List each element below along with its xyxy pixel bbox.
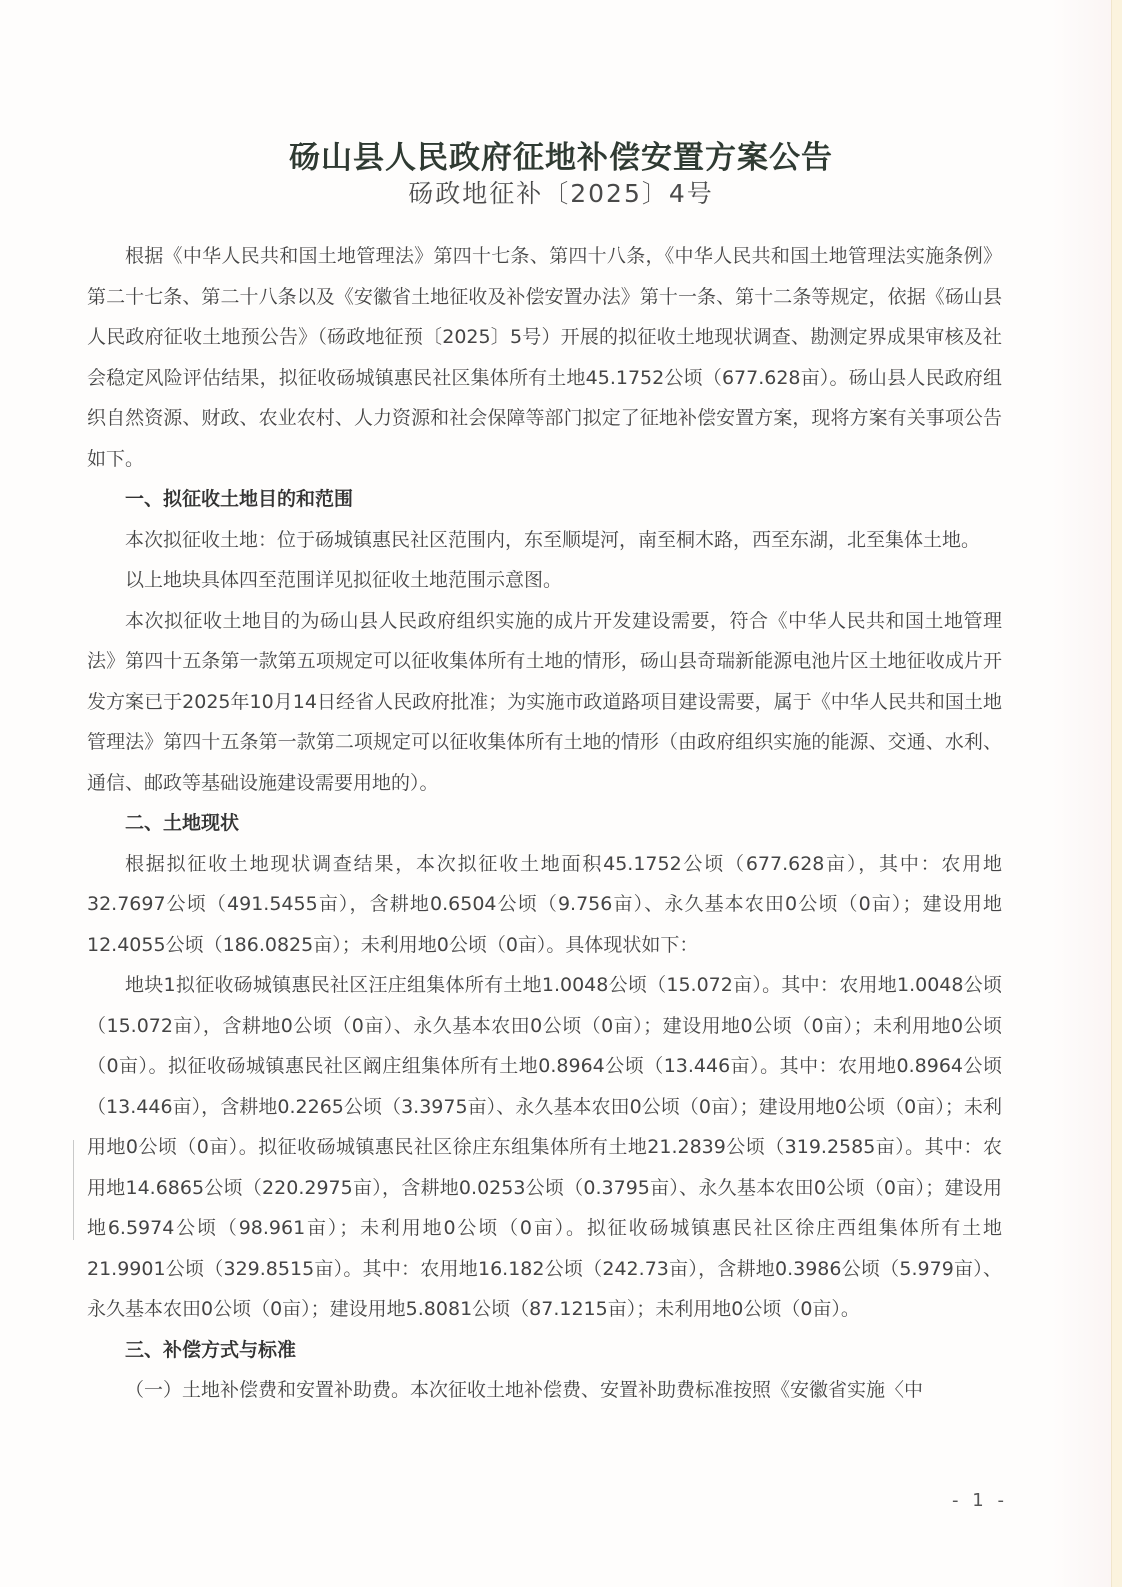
scan-artifact-line	[73, 1140, 74, 1240]
document-number: 砀政地征补〔2025〕4号	[0, 174, 1122, 210]
section-1-paragraph-scope: 本次拟征收土地：位于砀城镇惠民社区范围内，东至顺堤河，南至桐木路，西至东湖，北至…	[87, 520, 1002, 561]
document-title: 砀山县人民政府征地补偿安置方案公告	[0, 132, 1122, 177]
section-heading-compensation: 三、补偿方式与标准	[87, 1330, 1002, 1371]
section-heading-purpose-scope: 一、拟征收土地目的和范围	[87, 479, 1002, 520]
intro-paragraph: 根据《中华人民共和国土地管理法》第四十七条、第四十八条，《中华人民共和国土地管理…	[87, 236, 1002, 479]
document-body: 根据《中华人民共和国土地管理法》第四十七条、第四十八条，《中华人民共和国土地管理…	[87, 236, 1002, 1411]
section-2-paragraph-summary: 根据拟征收土地现状调查结果，本次拟征收土地面积45.1752公顷（677.628…	[87, 844, 1002, 966]
page-number: - 1 -	[940, 1490, 1020, 1511]
scan-edge-tint	[1052, 0, 1112, 1587]
section-3-paragraph-fees: （一）土地补偿费和安置补助费。本次征收土地补偿费、安置补助费标准按照《安徽省实施…	[87, 1370, 1002, 1411]
scan-edge-strip	[1111, 0, 1122, 1587]
document-page: 砀山县人民政府征地补偿安置方案公告 砀政地征补〔2025〕4号 根据《中华人民共…	[0, 0, 1122, 1587]
section-1-paragraph-map-ref: 以上地块具体四至范围详见拟征收土地范围示意图。	[87, 560, 1002, 601]
section-1-paragraph-purpose: 本次拟征收土地目的为砀山县人民政府组织实施的成片开发建设需要，符合《中华人民共和…	[87, 601, 1002, 804]
section-heading-land-status: 二、土地现状	[87, 803, 1002, 844]
section-2-paragraph-parcels: 地块1拟征收砀城镇惠民社区汪庄组集体所有土地1.0048公顷（15.072亩）。…	[87, 965, 1002, 1330]
